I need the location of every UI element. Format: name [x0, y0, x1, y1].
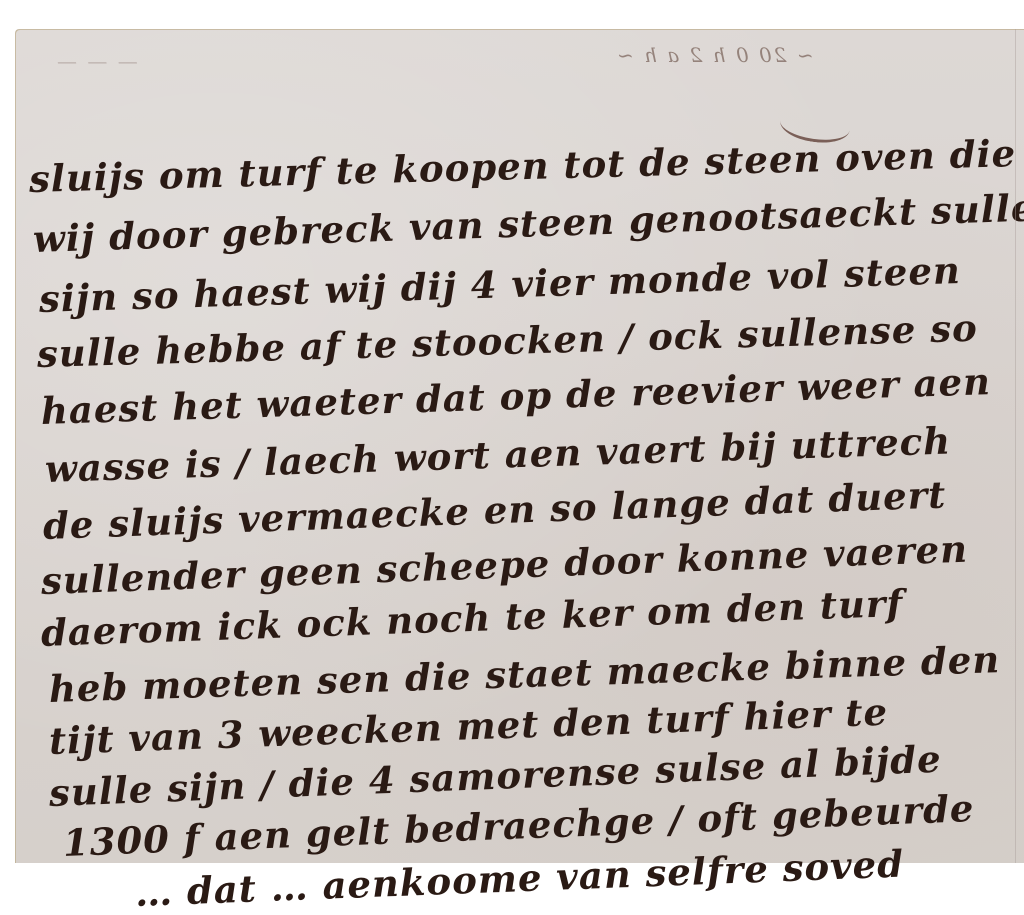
manuscript-page: — — — ~ 20 0 h 2 a h ~ sluijs om turf te…	[15, 29, 1024, 863]
bleed-through-text-left: — — —	[55, 49, 138, 73]
bleed-through-text-right: ~ 20 0 h 2 a h ~	[615, 43, 814, 67]
